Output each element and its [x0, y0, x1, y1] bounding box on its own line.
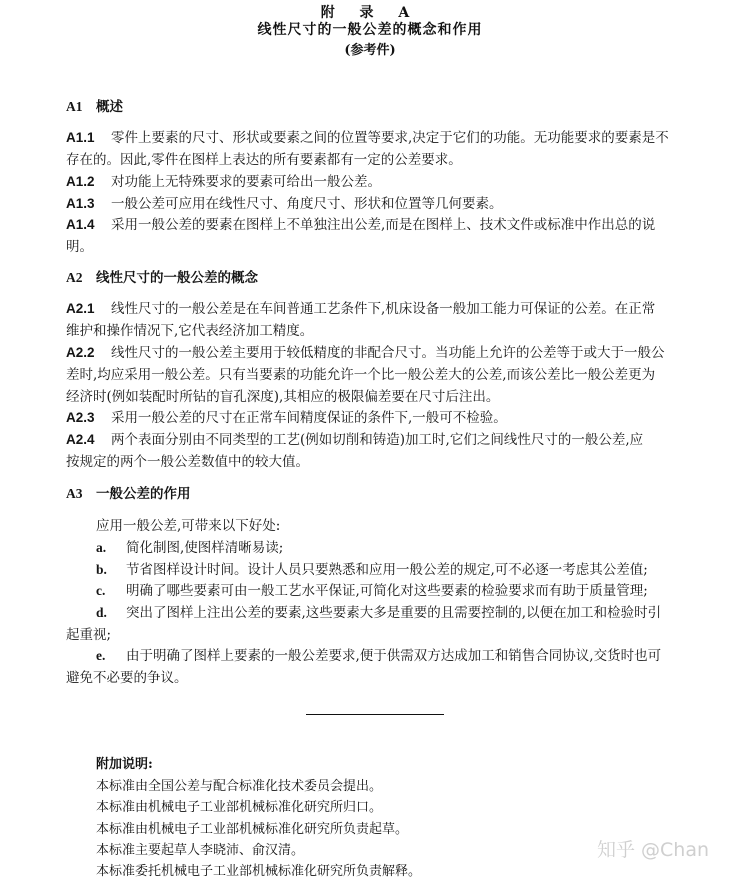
clause-a1-3: A1.3一般公差可应用在线性尺寸、角度尺寸、形状和位置等几何要素。	[66, 192, 503, 212]
clause-a2-2: A2.2线性尺寸的一般公差主要用于较低精度的非配合尺寸。当功能上允许的公差等于或…	[66, 341, 665, 361]
clause-a2-4: A2.4两个表面分别由不同类型的工艺(例如切削和铸造)加工时,它们之间线性尺寸的…	[66, 428, 643, 448]
section-number: A3	[66, 486, 96, 502]
section-a3-intro: 应用一般公差,可带来以下好处:	[96, 514, 280, 534]
clause-a2-3: A2.3采用一般公差的尺寸在正常车间精度保证的条件下,一般可不检验。	[66, 406, 507, 426]
notes-line: 本标准由机械电子工业部机械标准化研究所负责起草。	[96, 818, 408, 837]
clause-number: A1.3	[66, 196, 111, 211]
list-text: 简化制图,使图样清晰易读;	[126, 540, 283, 556]
section-title: 概述	[96, 99, 123, 115]
clause-number: A2.4	[66, 432, 111, 447]
list-item-c: c.明确了哪些要素可由一般工艺水平保证,可简化对这些要素的检验要求而有助于质量管…	[96, 579, 648, 599]
list-label: e.	[96, 648, 126, 664]
clause-a1-1-cont: 存在的。因此,零件在图样上表达的所有要素都有一定的公差要求。	[66, 148, 462, 168]
section-number: A2	[66, 270, 96, 286]
clause-a2-1: A2.1线性尺寸的一般公差是在车间普通工艺条件下,机床设备一般加工能力可保证的公…	[66, 297, 655, 317]
list-item-e: e.由于明确了图样上要素的一般公差要求,便于供需双方达成加工和销售合同协议,交货…	[96, 644, 661, 664]
clause-number: A2.3	[66, 410, 111, 425]
section-number: A1	[66, 99, 96, 115]
notes-line: 本标准委托机械电子工业部机械标准化研究所负责解释。	[96, 860, 421, 877]
section-heading-a2: A2线性尺寸的一般公差的概念	[66, 266, 258, 286]
clause-text: 线性尺寸的一般公差主要用于较低精度的非配合尺寸。当功能上允许的公差等于或大于一般…	[111, 345, 665, 361]
notes-line: 本标准由机械电子工业部机械标准化研究所归口。	[96, 796, 382, 815]
clause-number: A1.2	[66, 174, 111, 189]
clause-text: 采用一般公差的尺寸在正常车间精度保证的条件下,一般可不检验。	[111, 410, 507, 426]
list-text: 突出了图样上注出公差的要素,这些要素大多是重要的且需要控制的,以便在加工和检验时…	[126, 605, 661, 621]
list-label: a.	[96, 540, 126, 556]
section-title: 一般公差的作用	[96, 486, 191, 502]
clause-text: 两个表面分别由不同类型的工艺(例如切削和铸造)加工时,它们之间线性尺寸的一般公差…	[111, 432, 643, 448]
clause-text: 线性尺寸的一般公差是在车间普通工艺条件下,机床设备一般加工能力可保证的公差。在正…	[111, 301, 655, 317]
list-item-e-cont: 避免不必要的争议。	[66, 666, 188, 686]
clause-text: 对功能上无特殊要求的要素可给出一般公差。	[111, 174, 381, 190]
notes-title: 附加说明:	[96, 753, 153, 772]
clause-number: A1.4	[66, 217, 111, 232]
clause-number: A2.2	[66, 345, 111, 360]
list-item-b: b.节省图样设计时间。设计人员只要熟悉和应用一般公差的规定,可不必逐一考虑其公差…	[96, 558, 648, 578]
clause-text: 零件上要素的尺寸、形状或要素之间的位置等要求,决定于它们的功能。无功能要求的要素…	[111, 130, 669, 146]
page-title: 线性尺寸的一般公差的概念和作用	[0, 19, 740, 39]
page-subtitle: (参考件)	[0, 39, 740, 58]
list-label: c.	[96, 583, 126, 599]
clause-text: 一般公差可应用在线性尺寸、角度尺寸、形状和位置等几何要素。	[111, 196, 503, 212]
section-heading-a3: A3一般公差的作用	[66, 482, 191, 502]
clause-number: A2.1	[66, 301, 111, 316]
list-text: 由于明确了图样上要素的一般公差要求,便于供需双方达成加工和销售合同协议,交货时也…	[126, 648, 661, 664]
list-label: d.	[96, 605, 126, 621]
watermark: 知乎 @Chan	[597, 835, 709, 862]
notes-line: 本标准由全国公差与配合标准化技术委员会提出。	[96, 775, 382, 794]
list-item-d-cont: 起重视;	[66, 623, 111, 643]
list-text: 明确了哪些要素可由一般工艺水平保证,可简化对这些要素的检验要求而有助于质量管理;	[126, 583, 648, 599]
list-label: b.	[96, 562, 126, 578]
clause-a1-4: A1.4采用一般公差的要素在图样上不单独注出公差,而是在图样上、技术文件或标准中…	[66, 213, 655, 233]
list-item-a: a.简化制图,使图样清晰易读;	[96, 536, 283, 556]
section-title: 线性尺寸的一般公差的概念	[96, 270, 258, 286]
clause-a1-1: A1.1零件上要素的尺寸、形状或要素之间的位置等要求,决定于它们的功能。无功能要…	[66, 126, 669, 146]
clause-a2-2-cont: 差时,均应采用一般公差。只有当要素的功能允许一个比一般公差大的公差,而该公差比一…	[66, 363, 655, 383]
clause-a2-2-cont2: 经济时(例如装配时所钻的盲孔深度),其相应的极限偏差要在尺寸后注出。	[66, 385, 499, 405]
clause-a2-4-cont: 按规定的两个一般公差数值中的较大值。	[66, 450, 309, 470]
clause-a1-2: A1.2对功能上无特殊要求的要素可给出一般公差。	[66, 170, 381, 190]
notes-line: 本标准主要起草人李晓沛、俞汉清。	[96, 839, 304, 858]
section-heading-a1: A1概述	[66, 95, 123, 115]
clause-number: A1.1	[66, 130, 111, 145]
clause-a2-1-cont: 维护和操作情况下,它代表经济加工精度。	[66, 319, 313, 339]
divider-rule	[306, 714, 444, 715]
clause-a1-4-cont: 明。	[66, 235, 93, 255]
list-text: 节省图样设计时间。设计人员只要熟悉和应用一般公差的规定,可不必逐一考虑其公差值;	[126, 562, 648, 578]
list-item-d: d.突出了图样上注出公差的要素,这些要素大多是重要的且需要控制的,以便在加工和检…	[96, 601, 661, 621]
clause-text: 采用一般公差的要素在图样上不单独注出公差,而是在图样上、技术文件或标准中作出总的…	[111, 217, 655, 233]
